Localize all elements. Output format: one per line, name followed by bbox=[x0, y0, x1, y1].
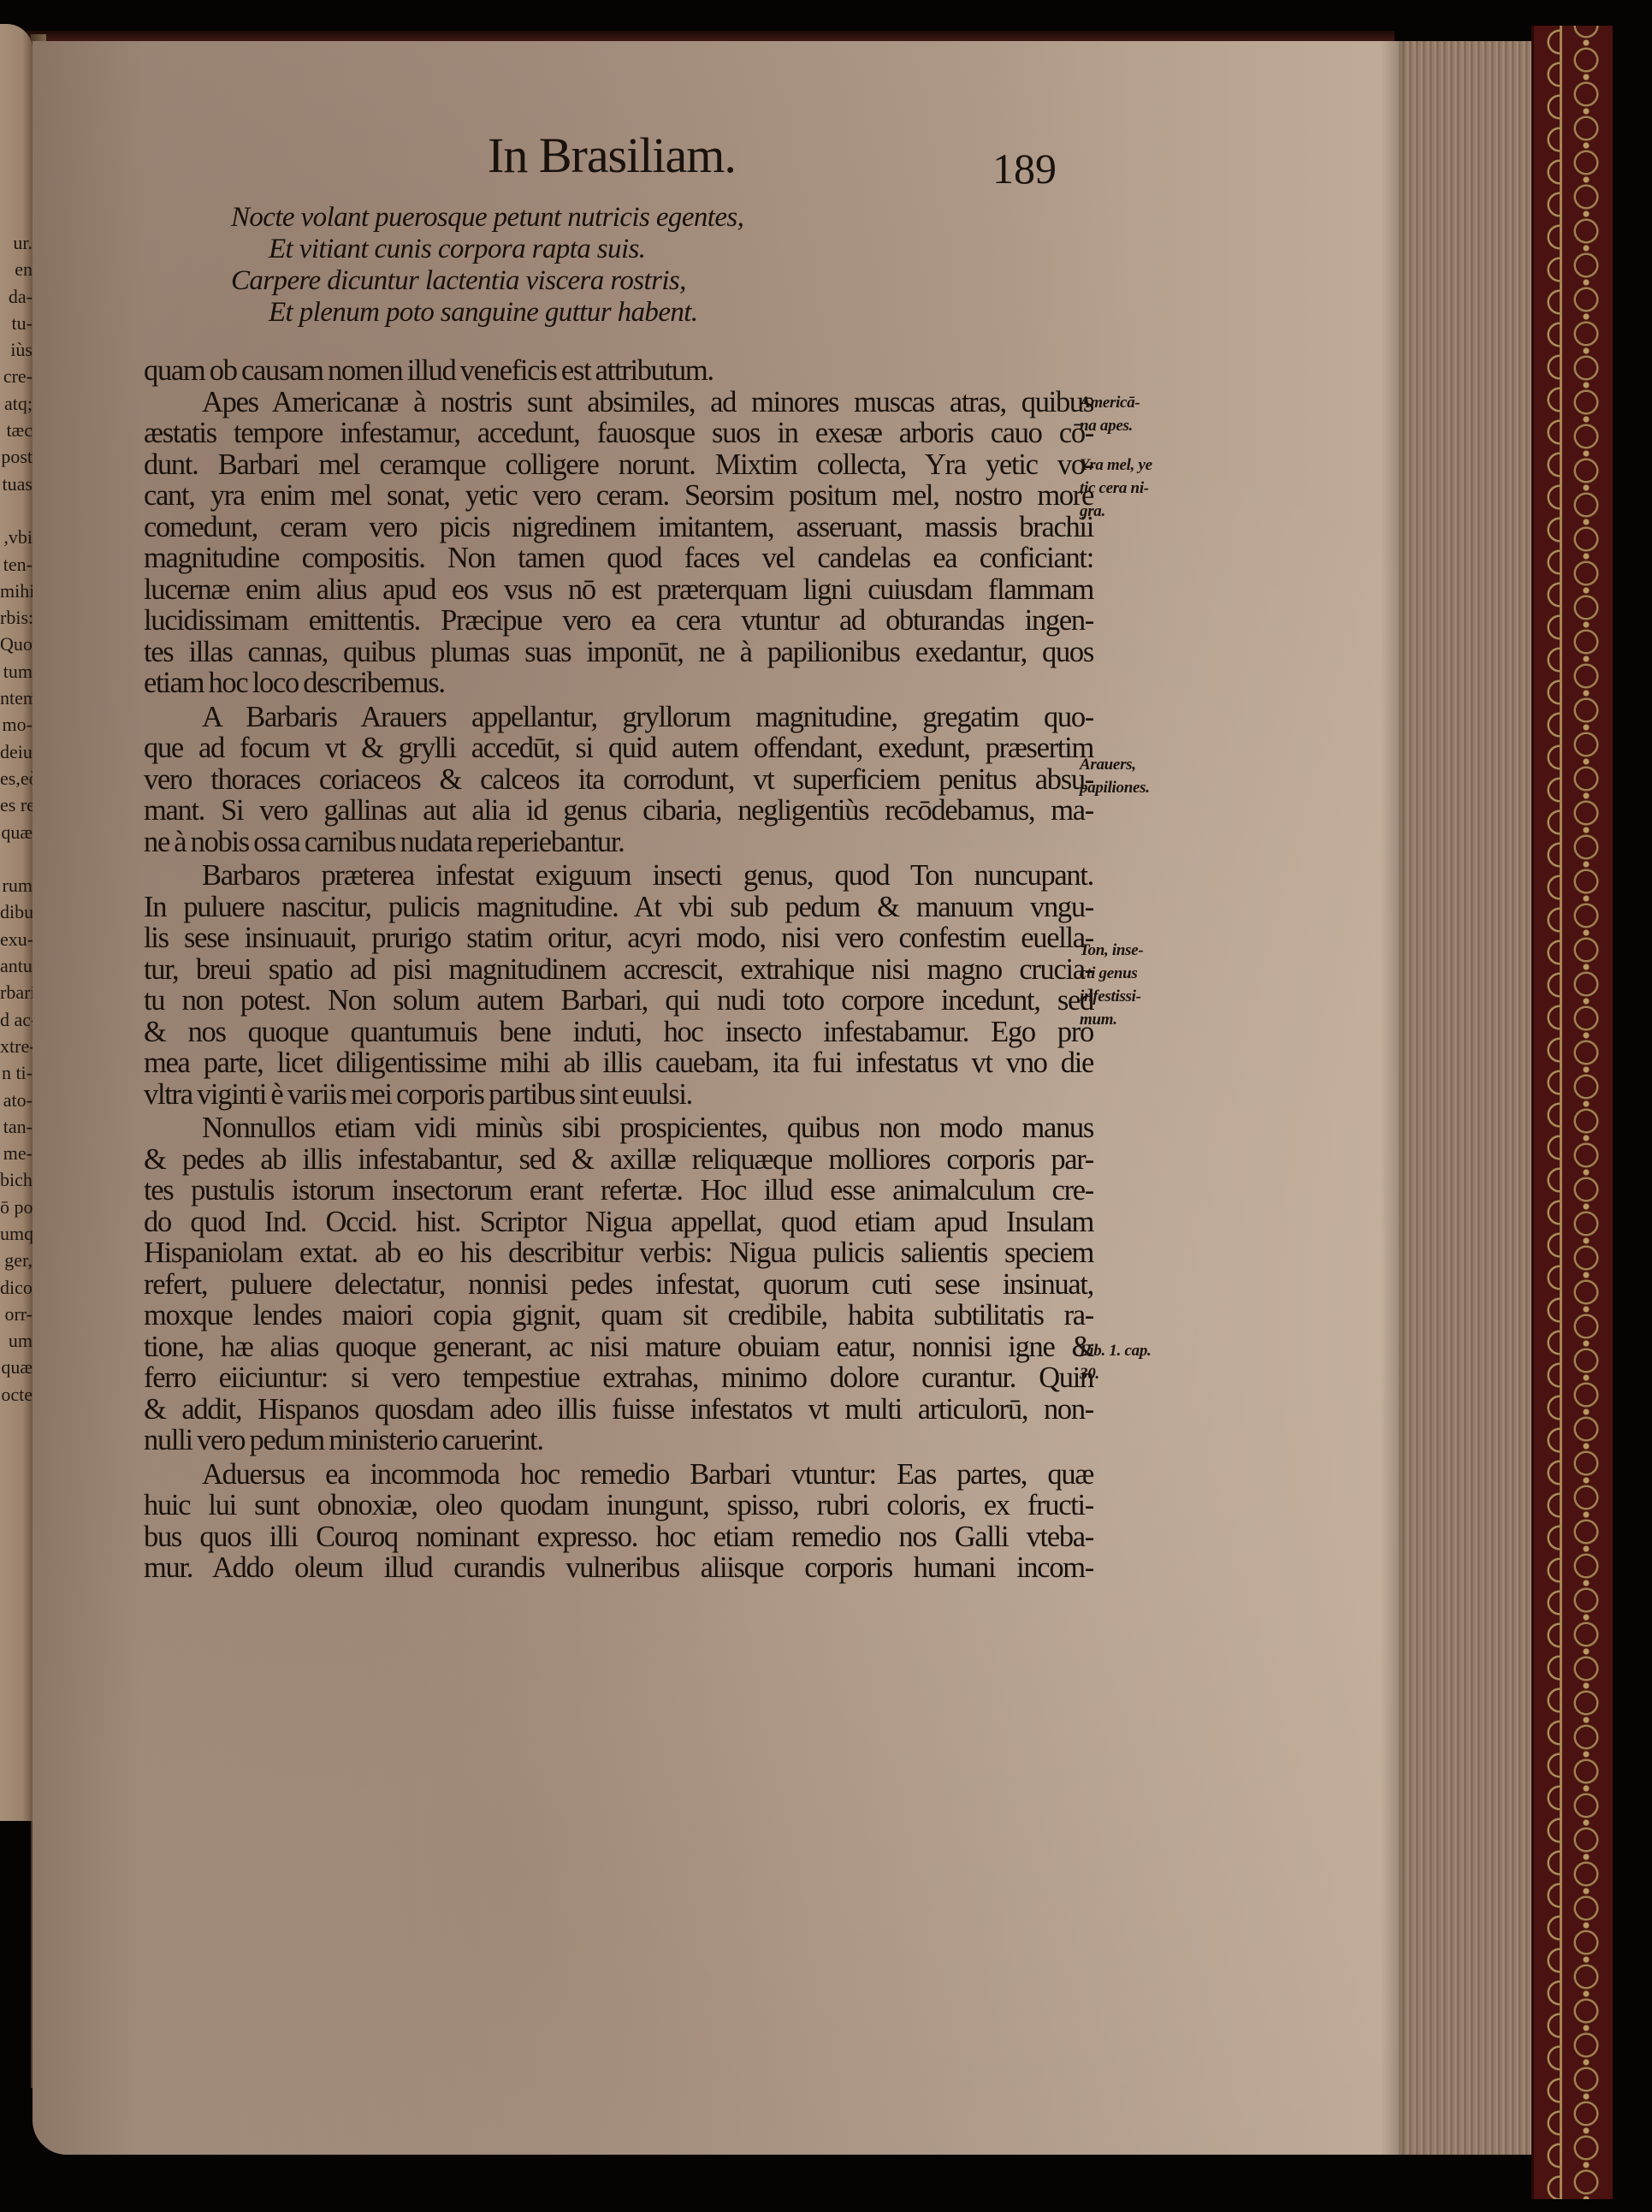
facing-page-fragment: exu- bbox=[0, 926, 33, 952]
text-line: cant, yra enim mel sonat, yetic vero cer… bbox=[144, 480, 1093, 512]
marginal-note-line: 30. bbox=[1080, 1362, 1151, 1385]
text-line: & pedes ab illis infestabantur, sed & ax… bbox=[144, 1144, 1093, 1176]
text-line: ferro eiiciuntur: si vero tempestiue ext… bbox=[144, 1362, 1093, 1394]
facing-page-fragment: ,vbi bbox=[0, 524, 33, 550]
text-line: ne à nobis ossa carnibus nudata reperieb… bbox=[144, 827, 1093, 858]
text-line: A Barbaris Arauers appellantur, grylloru… bbox=[144, 702, 1093, 733]
marginal-note-ton: Ton, inse-cti genusinfestissi-mum. bbox=[1080, 939, 1143, 1031]
gilt-floral-tooling bbox=[1565, 26, 1608, 2199]
marginal-note-line: mum. bbox=[1080, 1008, 1143, 1031]
facing-page-fragment: cre- bbox=[0, 363, 33, 389]
facing-page-fragment: rbari, bbox=[0, 979, 33, 1005]
facing-page-fragment: quæ bbox=[0, 819, 33, 845]
marginal-note-line: Ton, inse- bbox=[1080, 939, 1143, 962]
text-line: lucidissimam emittentis. Præcipue vero e… bbox=[144, 605, 1093, 637]
gilt-arc-tooling bbox=[1537, 26, 1560, 2199]
text-line: & addit, Hispanos quosdam adeo illis fui… bbox=[144, 1394, 1093, 1426]
text-line: Hispaniolam extat. ab eo his describitur… bbox=[144, 1237, 1093, 1269]
text-line: magnitudine compositis. Non tamen quod f… bbox=[144, 543, 1093, 574]
facing-page-fragment: dibus bbox=[0, 898, 33, 925]
text-line: comedunt, ceram vero picis nigredinem im… bbox=[144, 512, 1093, 543]
page-fore-edge bbox=[1399, 41, 1531, 2155]
text-line: dunt. Barbari mel ceramque colligere nor… bbox=[144, 449, 1093, 481]
facing-page-fragment: mihi bbox=[0, 578, 33, 604]
facing-page-fragment: ger, bbox=[0, 1247, 33, 1273]
facing-page-fragment: tuas bbox=[0, 471, 33, 497]
running-head: In Brasiliam. bbox=[488, 127, 736, 184]
facing-page-fragment: orr- bbox=[0, 1301, 33, 1327]
facing-page: ur.enda-tu-iùscre-atq;tæcposttuas,vbiten… bbox=[0, 24, 33, 1821]
text-line: nulli vero pedum ministerio caruerint. bbox=[144, 1425, 1093, 1456]
facing-page-fragment: quæ bbox=[0, 1354, 33, 1380]
text-line: do quod Ind. Occid. hist. Scriptor Nigua… bbox=[144, 1207, 1093, 1238]
text-line: refert, puluere delectatur, nonnisi pede… bbox=[144, 1269, 1093, 1301]
text-line: tur, breui spatio ad pisi magnitudinem a… bbox=[144, 954, 1093, 986]
marginal-note-line: Americā- bbox=[1080, 391, 1140, 414]
facing-page-fragment: n ti- bbox=[0, 1059, 33, 1086]
facing-page-fragment: octe bbox=[0, 1381, 33, 1408]
marginal-note-line: Lib. 1. cap. bbox=[1080, 1339, 1151, 1362]
facing-page-fragment: d ac- bbox=[0, 1006, 33, 1033]
facing-page-fragment: tum bbox=[0, 658, 33, 685]
facing-page-fragment: um bbox=[0, 1327, 33, 1354]
verse-line: Carpere dicuntur lactentia viscera rostr… bbox=[231, 265, 743, 297]
page-edge-shadow bbox=[1379, 41, 1405, 2155]
facing-page-fragment: me- bbox=[0, 1140, 33, 1166]
facing-page-fragment: tæc bbox=[0, 417, 33, 443]
text-line: tes pustulis istorum insectorum erant re… bbox=[144, 1175, 1093, 1207]
marginal-note-line: cti genus bbox=[1080, 962, 1143, 985]
marginal-note-line: Arauers, bbox=[1080, 753, 1150, 776]
marginal-note-americana-apes: Americā-na apes. bbox=[1080, 391, 1140, 437]
facing-page-fragment: antur bbox=[0, 952, 33, 979]
facing-page-fragment: rbis: bbox=[0, 604, 33, 631]
text-line: Nonnullos etiam vidi minùs sibi prospici… bbox=[144, 1112, 1093, 1144]
text-line: Aduersus ea incommoda hoc remedio Barbar… bbox=[144, 1459, 1093, 1491]
facing-page-fragment: ur. bbox=[0, 229, 33, 256]
text-line: lucernæ enim alius apud eos vsus nō est … bbox=[144, 574, 1093, 606]
marginal-note-line: tic cera ni- bbox=[1080, 477, 1152, 500]
marginal-note-yra-yetic: Yra mel, yetic cera ni-gra. bbox=[1080, 454, 1152, 523]
text-line: æstatis tempore infestamur, accedunt, fa… bbox=[144, 418, 1093, 449]
text-line: quam ob causam nomen illud veneficis est… bbox=[144, 355, 1093, 387]
text-line: Barbaros præterea infestat exiguum insec… bbox=[144, 860, 1093, 892]
text-line: tes illas cannas, quibus plumas suas imp… bbox=[144, 637, 1093, 668]
text-line: etiam hoc loco describemus. bbox=[144, 667, 1093, 699]
verse-line: Nocte volant puerosque petunt nutricis e… bbox=[231, 202, 743, 234]
text-line: vltra viginti è variis mei corporis part… bbox=[144, 1079, 1093, 1111]
gilt-leather-binding bbox=[1531, 26, 1613, 2199]
facing-page-fragment: ō po- bbox=[0, 1194, 33, 1220]
text-line: moxque lendes maiori copia gignit, quam … bbox=[144, 1300, 1093, 1331]
text-line: Apes Americanæ à nostris sunt absimiles,… bbox=[144, 387, 1093, 418]
facing-page-fragment: ato- bbox=[0, 1087, 33, 1113]
text-line: tione, hæ alias quoque generant, ac nisi… bbox=[144, 1331, 1093, 1363]
marginal-note-line: Yra mel, ye bbox=[1080, 454, 1152, 477]
facing-page-fragment: iùs bbox=[0, 336, 33, 363]
text-line: tu non potest. Non solum autem Barbari, … bbox=[144, 985, 1093, 1017]
text-line: vero thoraces coriaceos & calceos ita co… bbox=[144, 764, 1093, 796]
verse-block: Nocte volant puerosque petunt nutricis e… bbox=[231, 202, 743, 329]
facing-page-fragment: Quo- bbox=[0, 631, 33, 657]
page-number: 189 bbox=[992, 144, 1057, 193]
marginal-note-line: na apes. bbox=[1080, 414, 1140, 437]
facing-page-fragment: en bbox=[0, 256, 33, 282]
facing-page-fragment: tu- bbox=[0, 310, 33, 336]
facing-page-fragment: xtre- bbox=[0, 1033, 33, 1059]
body-text: quam ob causam nomen illud veneficis est… bbox=[144, 355, 1093, 1584]
facing-page-fragment bbox=[0, 845, 33, 872]
verse-line: Et vitiant cunis corpora rapta suis. bbox=[231, 234, 743, 265]
facing-page-fragment: ntem bbox=[0, 685, 33, 711]
facing-page-fragment: ten- bbox=[0, 551, 33, 578]
text-line: que ad focum vt & grylli accedūt, si qui… bbox=[144, 732, 1093, 764]
gilt-rule bbox=[1560, 26, 1562, 2199]
facing-page-fragment: es re- bbox=[0, 792, 33, 818]
marginal-note-line: gra. bbox=[1080, 500, 1152, 523]
facing-page-fragment: tan- bbox=[0, 1113, 33, 1140]
marginal-note-arauers: Arauers,papiliones. bbox=[1080, 753, 1150, 799]
facing-page-fragment: mo- bbox=[0, 711, 33, 738]
verse-line: Et plenum poto sanguine guttur habent. bbox=[231, 297, 743, 329]
facing-page-fragment: post bbox=[0, 443, 33, 470]
text-line: mant. Si vero gallinas aut alia id genus… bbox=[144, 795, 1093, 827]
marginal-note-lib-cap: Lib. 1. cap.30. bbox=[1080, 1339, 1151, 1385]
text-line: mea parte, licet diligentissime mihi ab … bbox=[144, 1047, 1093, 1079]
text-line: lis sese insinuauit, prurigo statim orit… bbox=[144, 922, 1093, 954]
facing-page-text: ur.enda-tu-iùscre-atq;tæcposttuas,vbiten… bbox=[0, 229, 33, 1408]
text-line: In puluere nascitur, pulicis magnitudine… bbox=[144, 892, 1093, 923]
facing-page-fragment: da- bbox=[0, 283, 33, 310]
facing-page-fragment: deiu- bbox=[0, 738, 33, 765]
facing-page-fragment: atq; bbox=[0, 390, 33, 417]
text-line: bus quos illi Couroq nominant expresso. … bbox=[144, 1521, 1093, 1553]
facing-page-fragment: umq; bbox=[0, 1220, 33, 1247]
marginal-note-line: infestissi- bbox=[1080, 985, 1143, 1008]
text-line: & nos quoque quantumuis bene induti, hoc… bbox=[144, 1017, 1093, 1048]
facing-page-fragment bbox=[0, 497, 33, 524]
text-line: huic lui sunt obnoxiæ, oleo quodam inung… bbox=[144, 1490, 1093, 1521]
facing-page-fragment: es,eò bbox=[0, 765, 33, 792]
facing-page-fragment: dico, bbox=[0, 1274, 33, 1301]
facing-page-fragment: bichi bbox=[0, 1166, 33, 1193]
marginal-note-line: papiliones. bbox=[1080, 776, 1150, 799]
facing-page-fragment: rum bbox=[0, 872, 33, 898]
text-line: mur. Addo oleum illud curandis vulneribu… bbox=[144, 1552, 1093, 1584]
